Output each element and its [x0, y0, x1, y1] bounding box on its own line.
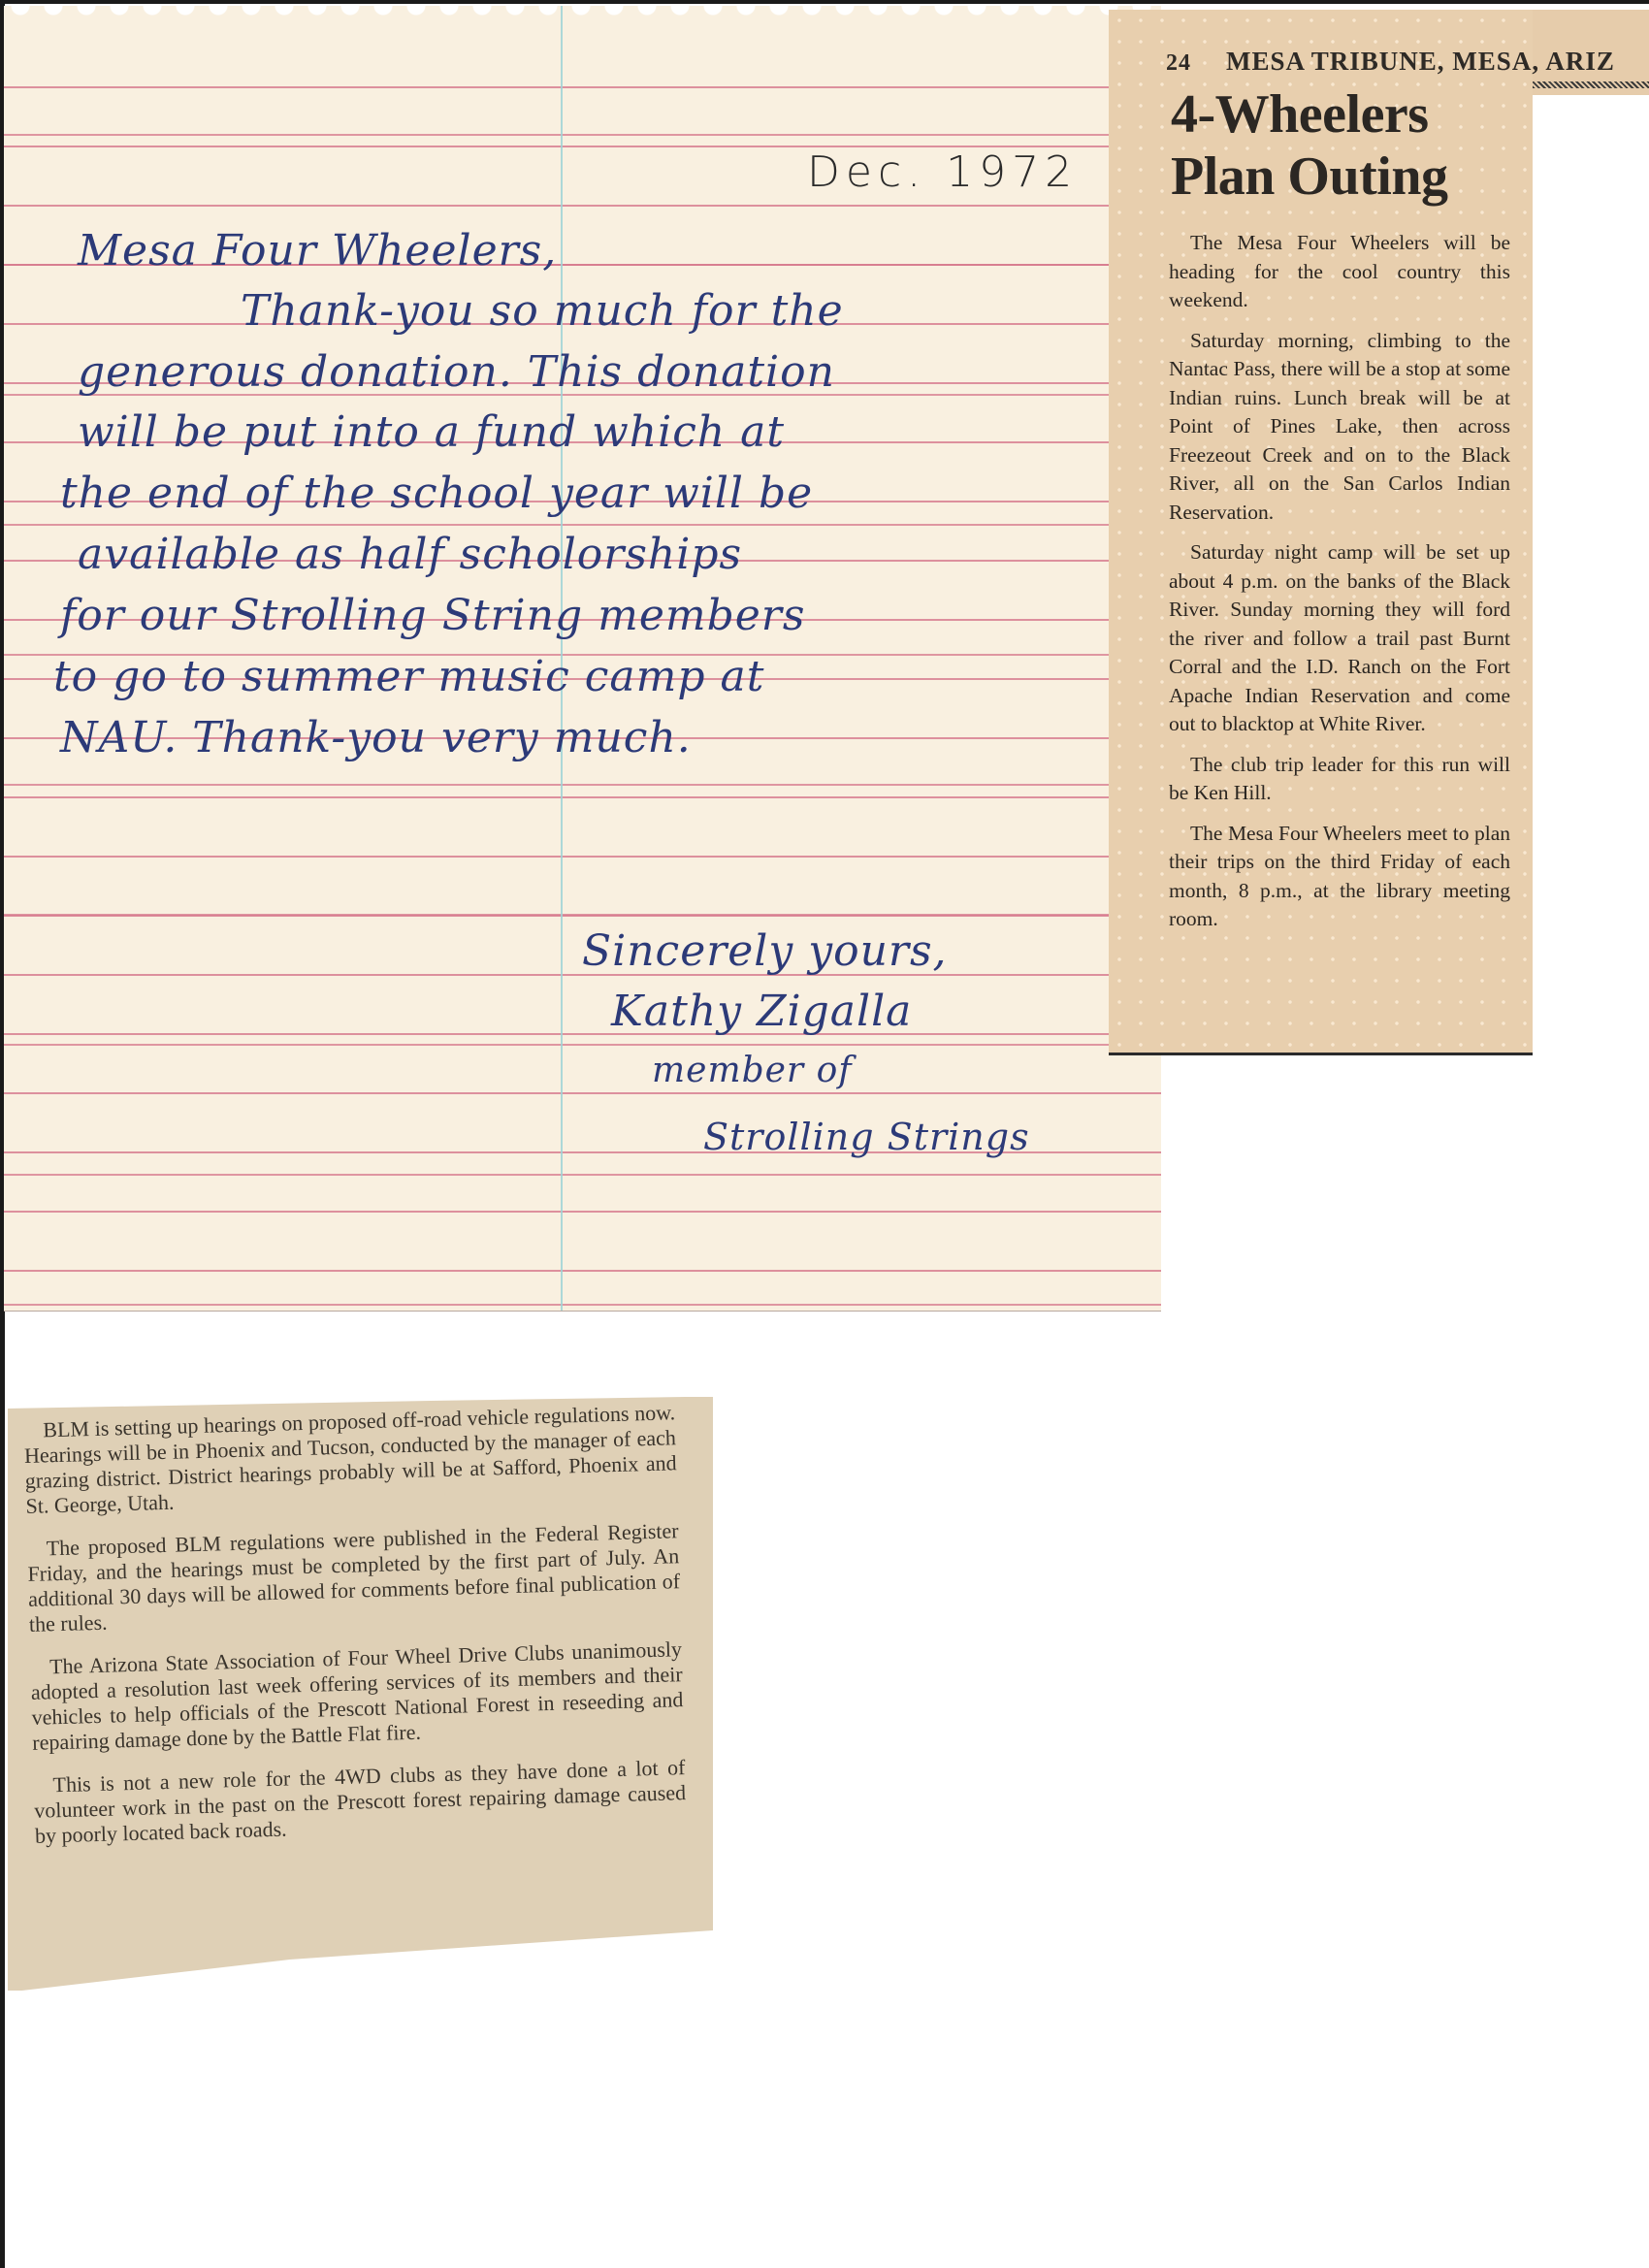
letter-body-line: will be put into a fund which at [78, 407, 785, 457]
letter-body-line: to go to summer music camp at [53, 652, 764, 701]
article-paragraph: The proposed BLM regulations were publis… [26, 1518, 681, 1637]
letter-closing: Sincerely yours, [582, 926, 948, 976]
article-paragraph: BLM is setting up hearings on proposed o… [23, 1400, 678, 1519]
article-paragraph: The Arizona State Association of Four Wh… [30, 1636, 685, 1756]
letter-body-line: the end of the school year will be [60, 469, 813, 518]
scan-border-top [0, 0, 1649, 4]
article-paragraph: The club trip leader for this run will b… [1169, 751, 1510, 808]
letter-salutation: Mesa Four Wheelers, [78, 226, 557, 275]
letter-body-line: for our Strolling String members [60, 591, 805, 640]
article-paragraph: Saturday morning, climbing to the Nantac… [1169, 327, 1510, 528]
article-paragraph: The Mesa Four Wheelers will be heading f… [1169, 229, 1510, 315]
page-number: 24 [1166, 50, 1191, 76]
newspaper-masthead: 24MESA TRIBUNE, MESA, ARIZ [1166, 47, 1615, 77]
headline-line: 4-Wheelers [1171, 83, 1539, 146]
article-headline: 4-Wheelers Plan Outing [1171, 83, 1539, 208]
article-paragraph: Saturday night camp will be set up about… [1169, 538, 1510, 739]
blm-article-body: BLM is setting up hearings on proposed o… [23, 1400, 688, 1866]
article-body: The Mesa Four Wheelers will be heading f… [1169, 229, 1510, 946]
perforated-edge [4, 6, 1161, 35]
letter-body-line: generous donation. This donation [78, 347, 835, 397]
masthead-title: MESA TRIBUNE, MESA, ARIZ [1226, 47, 1615, 76]
headline-line: Plan Outing [1171, 146, 1539, 208]
signature-group: Strolling Strings [703, 1116, 1030, 1158]
letter-body-line: Thank-you so much for the [241, 286, 844, 336]
letter-date: Dec. 1972 [807, 147, 1078, 197]
article-paragraph: The Mesa Four Wheelers meet to plan thei… [1169, 820, 1510, 934]
letter-body-line: available as half scholorships [78, 530, 742, 579]
letter-body-line: NAU. Thank-you very much. [60, 713, 692, 762]
masthead-rule [1533, 81, 1649, 88]
signature-title: member of [652, 1051, 853, 1090]
article-paragraph: This is not a new role for the 4WD clubs… [33, 1755, 687, 1849]
letter-signature: Kathy Zigalla [611, 987, 912, 1036]
